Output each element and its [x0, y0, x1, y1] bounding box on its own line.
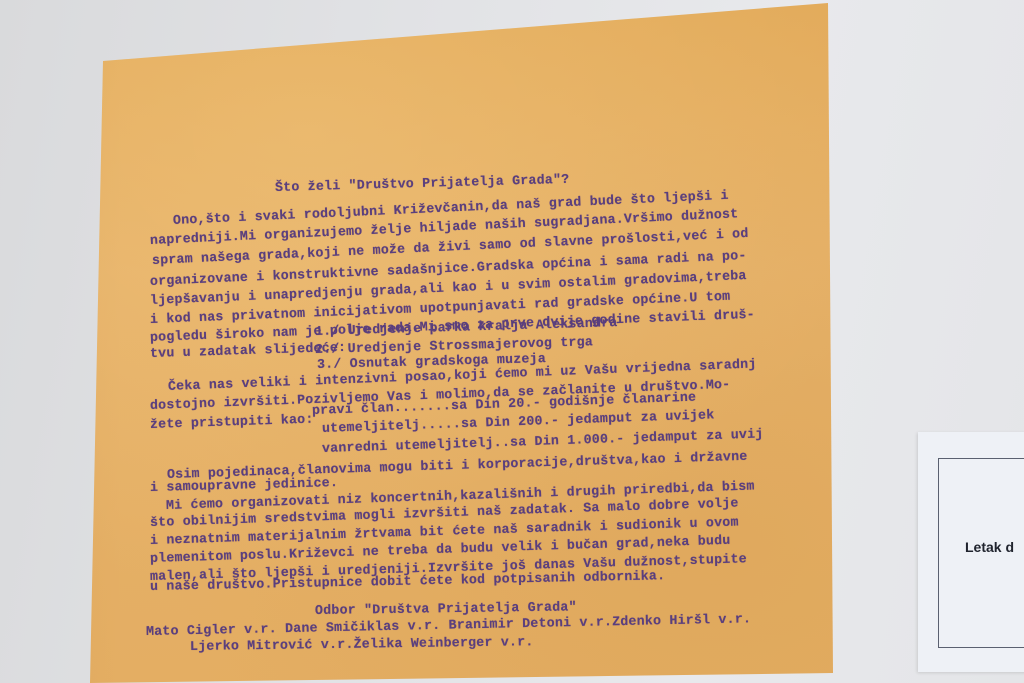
label-text: Letak d	[965, 539, 1014, 555]
exhibit-label-card: Letak d	[918, 432, 1024, 672]
